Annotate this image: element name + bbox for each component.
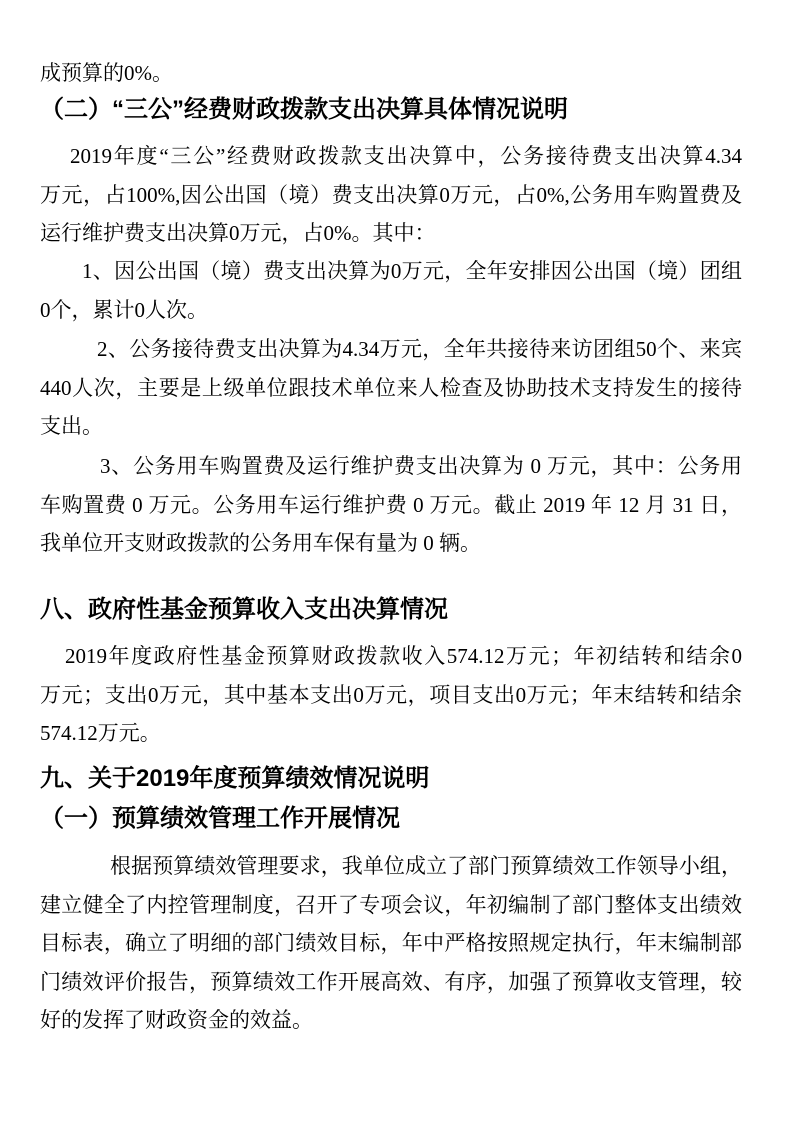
subsection-heading-1-performance-mgmt: （一）预算绩效管理工作开展情况: [40, 804, 742, 834]
paragraph-item-3-vehicles: 3、公务用车购置费及运行维护费支出决算为 0 万元，其中：公务用 车购置费 0 …: [40, 447, 742, 563]
paragraph-item-2-reception: 2、公务接待费支出决算为4.34万元，全年共接待来访团组50个、来宾 440人次…: [40, 330, 742, 446]
body-line: 万元，占100%,因公出国（境）费支出决算0万元，占0%,公务用车购置费及: [40, 176, 742, 215]
body-line: 目标表，确立了明细的部门绩效目标，年中严格按照规定执行，年末编制部: [40, 924, 742, 963]
body-line: 我单位开支财政拨款的公务用车保有量为 0 辆。: [40, 524, 742, 563]
paragraph-gov-fund: 2019年度政府性基金预算财政拨款收入574.12万元；年初结转和结余0 万元；…: [40, 637, 742, 753]
body-line: 支出。: [40, 407, 742, 446]
paragraph-item-1-abroad: 1、因公出国（境）费支出决算为0万元，全年安排因公出国（境）团组 0个，累计0人…: [40, 252, 742, 329]
body-line: 根据预算绩效管理要求，我单位成立了部门预算绩效工作领导小组，: [40, 847, 742, 886]
paragraph-sangong-summary: 2019年度“三公”经费财政拨款支出决算中，公务接待费支出决算4.34 万元，占…: [40, 137, 742, 253]
body-line: 2019年度政府性基金预算财政拨款收入574.12万元；年初结转和结余0: [40, 637, 742, 676]
body-line: 0个，累计0人次。: [40, 291, 742, 330]
body-line: 1、因公出国（境）费支出决算为0万元，全年安排因公出国（境）团组: [40, 252, 742, 291]
body-line: 建立健全了内控管理制度，召开了专项会议，年初编制了部门整体支出绩效: [40, 886, 742, 925]
section-heading-9-performance: 九、关于2019年度预算绩效情况说明: [40, 764, 742, 794]
body-line: 车购置费 0 万元。公务用车运行维护费 0 万元。截止 2019 年 12 月 …: [40, 486, 742, 525]
body-line: 2019年度“三公”经费财政拨款支出决算中，公务接待费支出决算4.34: [40, 137, 742, 176]
body-line: 574.12万元。: [40, 714, 742, 753]
section-heading-8-gov-fund: 八、政府性基金预算收入支出决算情况: [40, 595, 742, 625]
body-line: 门绩效评价报告，预算绩效工作开展高效、有序，加强了预算收支管理，较: [40, 963, 742, 1002]
body-line: 440人次，主要是上级单位跟技术单位来人检查及协助技术支持发生的接待: [40, 369, 742, 408]
body-line: 万元；支出0万元，其中基本支出0万元，项目支出0万元；年末结转和结余: [40, 676, 742, 715]
paragraph-carryover: 成预算的0%。: [40, 54, 742, 93]
body-line: 3、公务用车购置费及运行维护费支出决算为 0 万元，其中：公务用: [40, 447, 742, 486]
body-line: 好的发挥了财政资金的效益。: [40, 1001, 742, 1040]
body-line: 2、公务接待费支出决算为4.34万元，全年共接待来访团组50个、来宾: [40, 330, 742, 369]
document-page: 成预算的0%。 （二）“三公”经费财政拨款支出决算具体情况说明 2019年度“三…: [0, 0, 793, 1122]
body-line: 成预算的0%。: [40, 54, 742, 93]
body-line: 运行维护费支出决算0万元，占0%。其中：: [40, 214, 742, 253]
paragraph-performance: 根据预算绩效管理要求，我单位成立了部门预算绩效工作领导小组， 建立健全了内控管理…: [40, 847, 742, 1040]
section-heading-2-sangong: （二）“三公”经费财政拨款支出决算具体情况说明: [40, 95, 742, 125]
